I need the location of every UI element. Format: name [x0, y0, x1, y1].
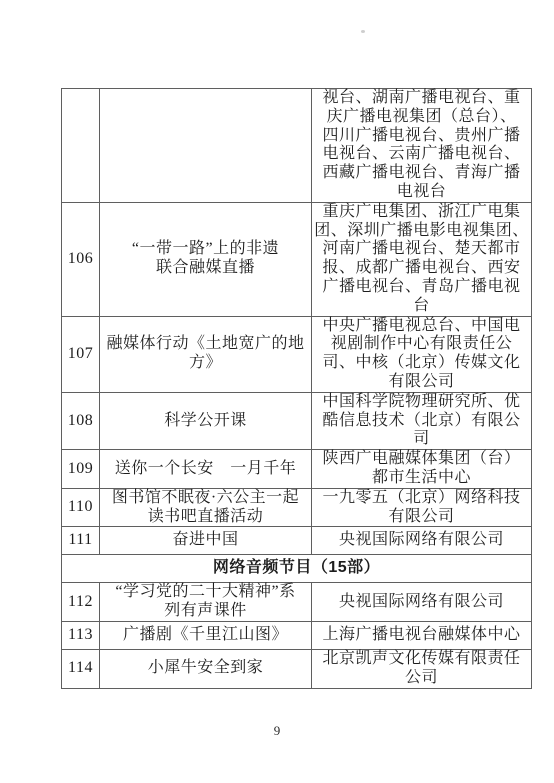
- organization-cell: 陕西广电融媒体集团（台） 都市生活中心: [312, 450, 532, 489]
- section-header: 网络音频节目（15部）: [62, 555, 532, 583]
- table-row: 视台、湖南广播电视台、重 庆广播电视集团（总台）、 四川广播电视台、贵州广播 电…: [62, 89, 532, 203]
- program-title-cell: 融媒体行动《土地宽广的地 方》: [100, 316, 312, 392]
- organization-cell: 一九零五（北京）网络科技 有限公司: [312, 488, 532, 527]
- organization-cell: 中国科学院物理研究所、优 酷信息技术（北京）有限公 司: [312, 392, 532, 449]
- organization-cell: 上海广播电视台融媒体中心: [312, 621, 532, 649]
- program-title-cell: 送你一个长安 一月千年: [100, 450, 312, 489]
- table-row: 113广播剧《千里江山图》上海广播电视台融媒体中心: [62, 621, 532, 649]
- organization-cell: 视台、湖南广播电视台、重 庆广播电视集团（总台）、 四川广播电视台、贵州广播 电…: [312, 89, 532, 203]
- section-header-row: 网络音频节目（15部）: [62, 555, 532, 583]
- entry-number-cell: 111: [62, 527, 100, 555]
- scan-artifact-speck: [361, 30, 365, 33]
- table-row: 111奋进中国央视国际网络有限公司: [62, 527, 532, 555]
- program-title-cell: 小犀牛安全到家: [100, 649, 312, 688]
- table-row: 110图书馆不眠夜·六公主一起 读书吧直播活动一九零五（北京）网络科技 有限公司: [62, 488, 532, 527]
- table-row: 106“一带一路”上的非遗 联合融媒直播重庆广电集团、浙江广电集 团、深圳广播电…: [62, 202, 532, 316]
- entry-number-cell: 113: [62, 621, 100, 649]
- entry-number-cell: 106: [62, 202, 100, 316]
- program-title-cell: 广播剧《千里江山图》: [100, 621, 312, 649]
- program-title-cell: “一带一路”上的非遗 联合融媒直播: [100, 202, 312, 316]
- program-title-cell: 图书馆不眠夜·六公主一起 读书吧直播活动: [100, 488, 312, 527]
- award-table-body: 视台、湖南广播电视台、重 庆广播电视集团（总台）、 四川广播电视台、贵州广播 电…: [62, 89, 532, 689]
- table-row: 108科学公开课中国科学院物理研究所、优 酷信息技术（北京）有限公 司: [62, 392, 532, 449]
- table-row: 107融媒体行动《土地宽广的地 方》中央广播电视总台、中国电 视剧制作中心有限责…: [62, 316, 532, 392]
- table-row: 114小犀牛安全到家北京凯声文化传媒有限责任 公司: [62, 649, 532, 688]
- program-title-cell: [100, 89, 312, 203]
- entry-number-cell: 109: [62, 450, 100, 489]
- organization-cell: 央视国际网络有限公司: [312, 583, 532, 622]
- table-row: 112“学习党的二十大精神”系 列有声课件央视国际网络有限公司: [62, 583, 532, 622]
- organization-cell: 中央广播电视总台、中国电 视剧制作中心有限责任公 司、中核（北京）传媒文化 有限…: [312, 316, 532, 392]
- entry-number-cell: 108: [62, 392, 100, 449]
- entry-number-cell: 114: [62, 649, 100, 688]
- program-title-cell: “学习党的二十大精神”系 列有声课件: [100, 583, 312, 622]
- entry-number-cell: 110: [62, 488, 100, 527]
- page-number: 9: [0, 723, 554, 739]
- entry-number-cell: [62, 89, 100, 203]
- document-page: 视台、湖南广播电视台、重 庆广播电视集团（总台）、 四川广播电视台、贵州广播 电…: [0, 0, 554, 783]
- entry-number-cell: 112: [62, 583, 100, 622]
- program-title-cell: 奋进中国: [100, 527, 312, 555]
- organization-cell: 重庆广电集团、浙江广电集 团、深圳广播电影电视集团、 河南广播电视台、楚天都市 …: [312, 202, 532, 316]
- organization-cell: 北京凯声文化传媒有限责任 公司: [312, 649, 532, 688]
- program-award-table: 视台、湖南广播电视台、重 庆广播电视集团（总台）、 四川广播电视台、贵州广播 电…: [61, 88, 532, 689]
- entry-number-cell: 107: [62, 316, 100, 392]
- program-title-cell: 科学公开课: [100, 392, 312, 449]
- table-row: 109送你一个长安 一月千年陕西广电融媒体集团（台） 都市生活中心: [62, 450, 532, 489]
- organization-cell: 央视国际网络有限公司: [312, 527, 532, 555]
